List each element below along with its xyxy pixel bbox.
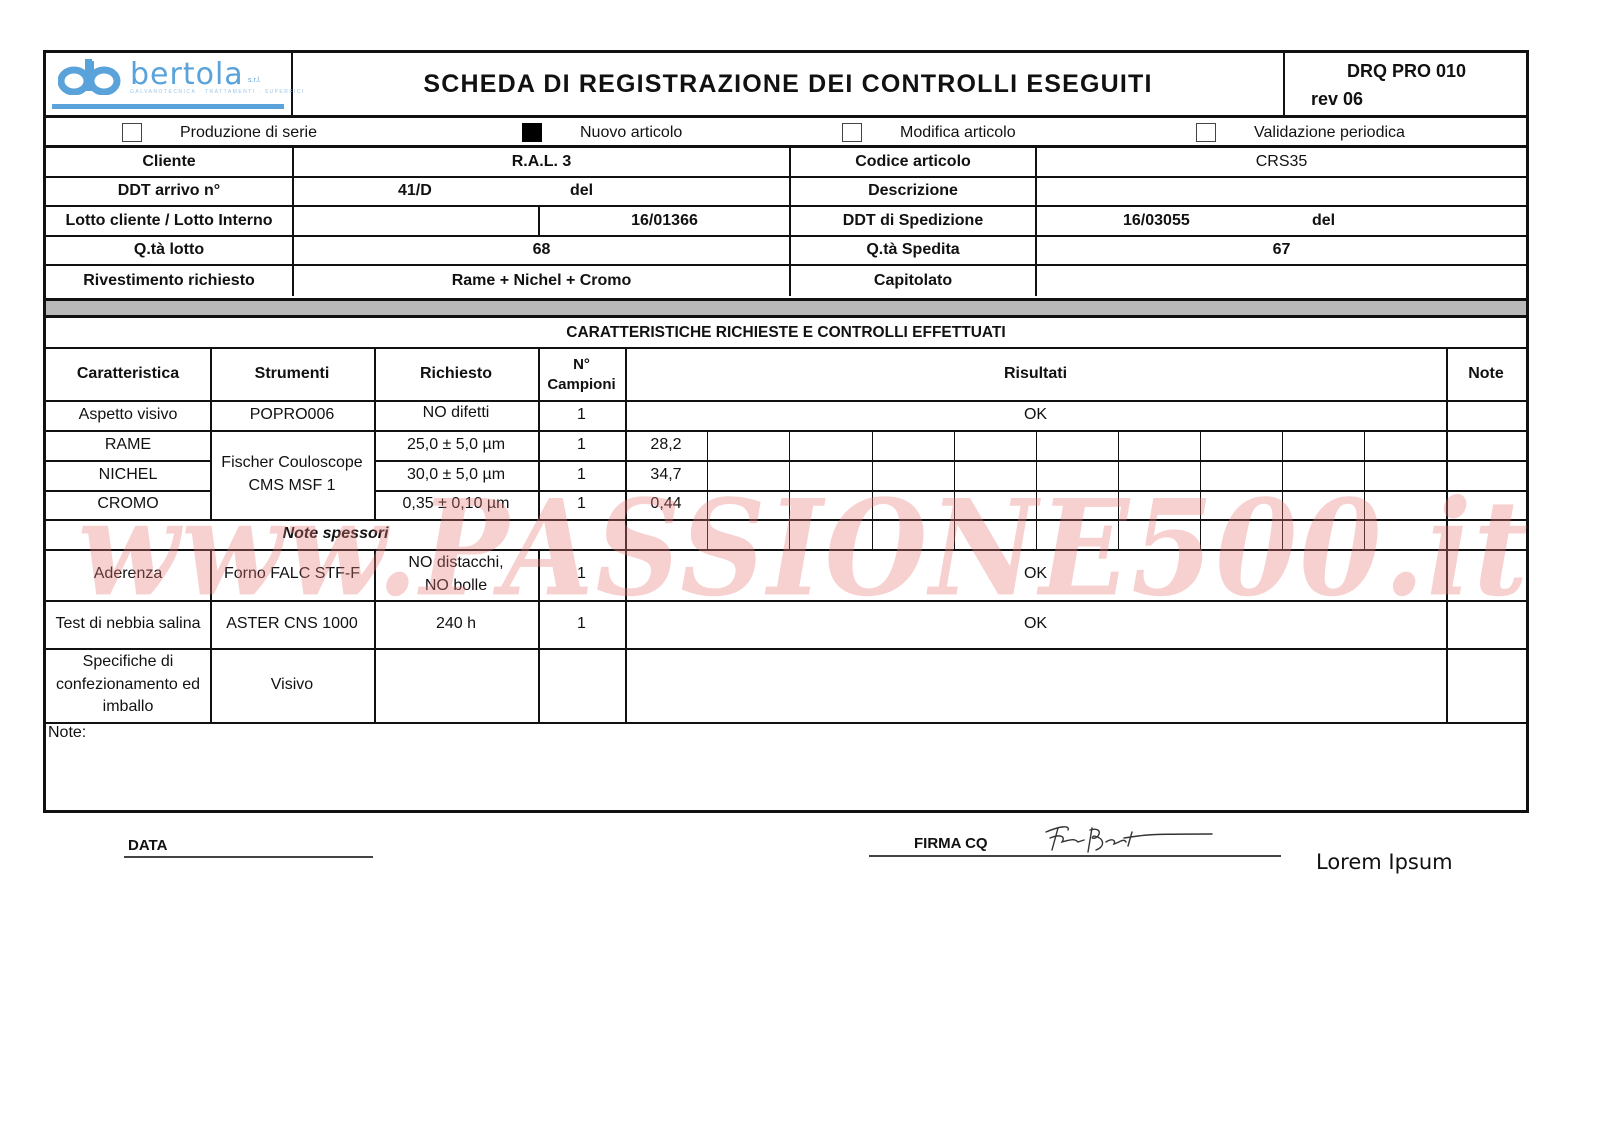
nebbia-richiesto: 240 h bbox=[374, 600, 538, 648]
info-row-ddt-arrivo: DDT arrivo n° 41/D del Descrizione bbox=[46, 178, 1526, 208]
ddt-spedizione-value: 16/03055 bbox=[1123, 212, 1190, 230]
form-title: SCHEDA DI REGISTRAZIONE DEI CONTROLLI ES… bbox=[293, 53, 1283, 115]
logo-tagline: GALVANOTECNICA · TRATTAMENTI · SUPERFICI bbox=[130, 89, 305, 95]
logo-text: bertola bbox=[130, 57, 244, 92]
rame-richiesto: 25,0 ± 5,0 µm bbox=[374, 430, 538, 460]
checkbox-produzione-di-serie[interactable] bbox=[122, 123, 142, 142]
section-divider bbox=[46, 298, 1526, 318]
cromo-risultato-1[interactable]: 0,44 bbox=[625, 490, 707, 519]
codice-articolo-label: Codice articolo bbox=[789, 148, 1035, 176]
option-label: Nuovo articolo bbox=[580, 124, 682, 142]
lotto-cliente-value[interactable] bbox=[292, 207, 538, 235]
option-label: Modifica articolo bbox=[900, 124, 1016, 142]
ddt-arrivo-del: del bbox=[570, 182, 593, 200]
lotto-label: Lotto cliente / Lotto Interno bbox=[46, 207, 292, 235]
codice-articolo-value[interactable]: CRS35 bbox=[1035, 148, 1526, 176]
checkbox-modifica-articolo[interactable] bbox=[842, 123, 862, 142]
aderenza-richiesto: NO distacchi, NO bolle bbox=[374, 549, 538, 600]
aderenza-caratteristica: Aderenza bbox=[46, 549, 210, 600]
cliente-label: Cliente bbox=[46, 148, 292, 176]
confezionamento-richiesto[interactable] bbox=[374, 648, 538, 722]
nichel-caratteristica: NICHEL bbox=[46, 460, 210, 490]
nichel-richiesto: 30,0 ± 5,0 µm bbox=[374, 460, 538, 490]
nebbia-caratteristica: Test di nebbia salina bbox=[46, 600, 210, 648]
option-label: Validazione periodica bbox=[1254, 124, 1405, 142]
company-logo: bertola s.r.l. GALVANOTECNICA · TRATTAME… bbox=[46, 53, 293, 115]
nebbia-risultato[interactable]: OK bbox=[625, 600, 1446, 648]
article-info-table: Cliente R.A.L. 3 Codice articolo CRS35 D… bbox=[46, 148, 1526, 296]
info-row-cliente: Cliente R.A.L. 3 Codice articolo CRS35 bbox=[46, 148, 1526, 178]
aspetto-strumenti: POPRO006 bbox=[210, 400, 374, 430]
option-validazione-periodica[interactable]: Validazione periodica bbox=[1196, 123, 1405, 142]
nebbia-strumenti: ASTER CNS 1000 bbox=[210, 600, 374, 648]
lotto-interno-value[interactable]: 16/01366 bbox=[538, 207, 789, 235]
document-code-cell: DRQ PRO 010 rev 06 bbox=[1283, 53, 1526, 115]
capitolato-value[interactable] bbox=[1035, 266, 1526, 296]
data-signature-line[interactable] bbox=[124, 856, 373, 858]
ddt-arrivo-cell[interactable]: 41/D del bbox=[292, 178, 789, 206]
capitolato-label: Capitolato bbox=[789, 266, 1035, 296]
checkbox-nuovo-articolo[interactable] bbox=[522, 123, 542, 142]
cromo-richiesto: 0,35 ± 0,10 µm bbox=[374, 490, 538, 519]
info-row-lotto: Lotto cliente / Lotto Interno 16/01366 D… bbox=[46, 207, 1526, 237]
control-type-options: Produzione di serie Nuovo articolo Modif… bbox=[46, 118, 1526, 148]
qta-lotto-label: Q.tà lotto bbox=[46, 237, 292, 265]
col-header-caratteristica: Caratteristica bbox=[46, 349, 210, 400]
aderenza-campioni[interactable]: 1 bbox=[538, 549, 625, 600]
aspetto-campioni[interactable]: 1 bbox=[538, 400, 625, 430]
data-label: DATA bbox=[128, 837, 167, 854]
footer-text: Lorem Ipsum bbox=[1316, 850, 1453, 874]
rame-risultato-1[interactable]: 28,2 bbox=[625, 430, 707, 460]
ddt-spedizione-label: DDT di Spedizione bbox=[789, 207, 1035, 235]
bertola-logo-icon bbox=[58, 59, 124, 95]
rame-caratteristica: RAME bbox=[46, 430, 210, 460]
firma-cq-label: FIRMA CQ bbox=[914, 835, 988, 852]
rame-campioni[interactable]: 1 bbox=[538, 430, 625, 460]
qta-spedita-value[interactable]: 67 bbox=[1035, 237, 1526, 265]
col-header-richiesto: Richiesto bbox=[374, 349, 538, 400]
confezionamento-campioni[interactable] bbox=[538, 648, 625, 722]
qta-spedita-label: Q.tà Spedita bbox=[789, 237, 1035, 265]
handwritten-signature-icon bbox=[1040, 820, 1220, 860]
aspetto-risultato[interactable]: OK bbox=[625, 400, 1446, 430]
checkbox-validazione-periodica[interactable] bbox=[1196, 123, 1216, 142]
aderenza-risultato[interactable]: OK bbox=[625, 549, 1446, 600]
confezionamento-risultato[interactable] bbox=[625, 648, 1446, 722]
confezionamento-caratteristica: Specifiche di confezionamento ed imballo bbox=[46, 648, 210, 722]
qta-lotto-value[interactable]: 68 bbox=[292, 237, 789, 265]
inspection-record-form: bertola s.r.l. GALVANOTECNICA · TRATTAME… bbox=[43, 50, 1529, 813]
rivestimento-value[interactable]: Rame + Nichel + Cromo bbox=[292, 266, 789, 296]
nichel-risultato-1[interactable]: 34,7 bbox=[625, 460, 707, 490]
ddt-spedizione-del: del bbox=[1312, 212, 1335, 230]
aspetto-caratteristica: Aspetto visivo bbox=[46, 400, 210, 430]
nichel-campioni[interactable]: 1 bbox=[538, 460, 625, 490]
option-modifica-articolo[interactable]: Modifica articolo bbox=[842, 123, 1016, 142]
aspetto-richiesto: NO difetti bbox=[374, 398, 538, 428]
confezionamento-strumenti: Visivo bbox=[210, 648, 374, 722]
col-header-campioni: N° Campioni bbox=[538, 349, 625, 400]
rivestimento-label: Rivestimento richiesto bbox=[46, 266, 292, 296]
cromo-campioni[interactable]: 1 bbox=[538, 490, 625, 519]
option-nuovo-articolo[interactable]: Nuovo articolo bbox=[522, 123, 682, 142]
cromo-caratteristica: CROMO bbox=[46, 490, 210, 519]
col-header-risultati: Risultati bbox=[625, 349, 1446, 400]
cliente-value[interactable]: R.A.L. 3 bbox=[292, 148, 789, 176]
ddt-spedizione-cell[interactable]: 16/03055 del bbox=[1035, 207, 1526, 235]
ddt-arrivo-value: 41/D bbox=[398, 182, 432, 200]
descrizione-value[interactable] bbox=[1035, 178, 1526, 206]
aderenza-strumenti: Forno FALC STF-F bbox=[210, 549, 374, 600]
notes-label: Note: bbox=[48, 724, 86, 742]
logo-suffix: s.r.l. bbox=[248, 77, 261, 84]
descrizione-label: Descrizione bbox=[789, 178, 1035, 206]
info-row-rivestimento: Rivestimento richiesto Rame + Nichel + C… bbox=[46, 266, 1526, 296]
document-code: DRQ PRO 010 bbox=[1347, 61, 1466, 82]
spessori-strumento: Fischer Couloscope CMS MSF 1 bbox=[210, 430, 374, 519]
option-produzione-di-serie[interactable]: Produzione di serie bbox=[122, 123, 317, 142]
form-header: bertola s.r.l. GALVANOTECNICA · TRATTAME… bbox=[46, 53, 1526, 118]
info-row-quantita: Q.tà lotto 68 Q.tà Spedita 67 bbox=[46, 237, 1526, 267]
controls-section-title: CARATTERISTICHE RICHIESTE E CONTROLLI EF… bbox=[46, 318, 1526, 349]
option-label: Produzione di serie bbox=[180, 124, 317, 142]
logo-underline bbox=[52, 104, 284, 109]
nebbia-campioni[interactable]: 1 bbox=[538, 600, 625, 648]
col-header-strumenti: Strumenti bbox=[210, 349, 374, 400]
note-spessori-label: Note spessori bbox=[46, 519, 625, 549]
ddt-arrivo-label: DDT arrivo n° bbox=[46, 178, 292, 206]
col-header-note: Note bbox=[1446, 349, 1526, 400]
document-revision: rev 06 bbox=[1311, 89, 1363, 110]
